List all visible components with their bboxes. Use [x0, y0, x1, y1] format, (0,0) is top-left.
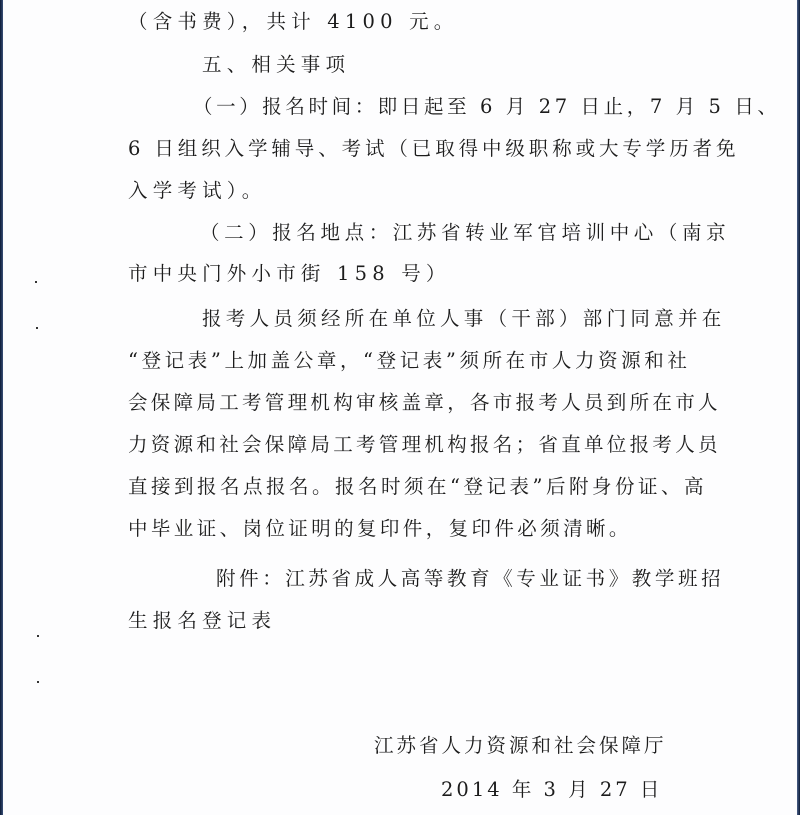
text-line-attachments-required: 直接到报名点报名。报名时须在“登记表”后附身份证、高: [128, 474, 707, 500]
scan-speck: [35, 281, 37, 283]
text-line-address: 市中央门外小市街 158 号）: [128, 261, 451, 287]
text-line-copies: 中毕业证、岗位证明的复印件，复印件必须清晰。: [128, 516, 632, 542]
text-line-fee-total: （含书费），共计 4100 元。: [128, 9, 458, 35]
issue-date: 2014 年 3 月 27 日: [441, 777, 662, 803]
text-line-seal: “登记表”上加盖公章，“登记表”须所在市人力资源和社: [128, 348, 690, 374]
text-line-exam-exempt: 入学考试）。: [128, 178, 266, 204]
text-line-city-registration: 力资源和社会保障局工考管理机构报名；省直单位报考人员: [128, 432, 721, 458]
text-line-applicant-consent: 报考人员须经所在单位人事（干部）部门同意并在: [202, 306, 726, 332]
attachment-line: 附件：江苏省成人高等教育《专业证书》教学班招: [216, 566, 724, 592]
document-page: （含书费），共计 4100 元。 五、相关事项 （一）报名时间：即日起至 6 月…: [0, 0, 800, 815]
issuer-name: 江苏省人力资源和社会保障厅: [374, 733, 667, 759]
text-line-registration-place: （二）报名地点：江苏省转业军官培训中心（南京: [200, 220, 730, 246]
text-line-exam-guidance: 6 日组织入学辅导、考试（已取得中级职称或大专学历者免: [128, 136, 739, 162]
scan-edge-left: [0, 0, 3, 815]
section-heading-related-matters: 五、相关事项: [202, 52, 350, 78]
scan-speck: [37, 681, 39, 683]
scan-speck: [37, 635, 39, 637]
scan-speck: [36, 327, 38, 329]
attachment-line-continued: 生报名登记表: [128, 608, 276, 634]
text-line-registration-time: （一）报名时间：即日起至 6 月 27 日止，7 月 5 日、: [193, 94, 781, 120]
text-line-review: 会保障局工考管理机构审核盖章，各市报考人员到所在市人: [128, 390, 721, 416]
